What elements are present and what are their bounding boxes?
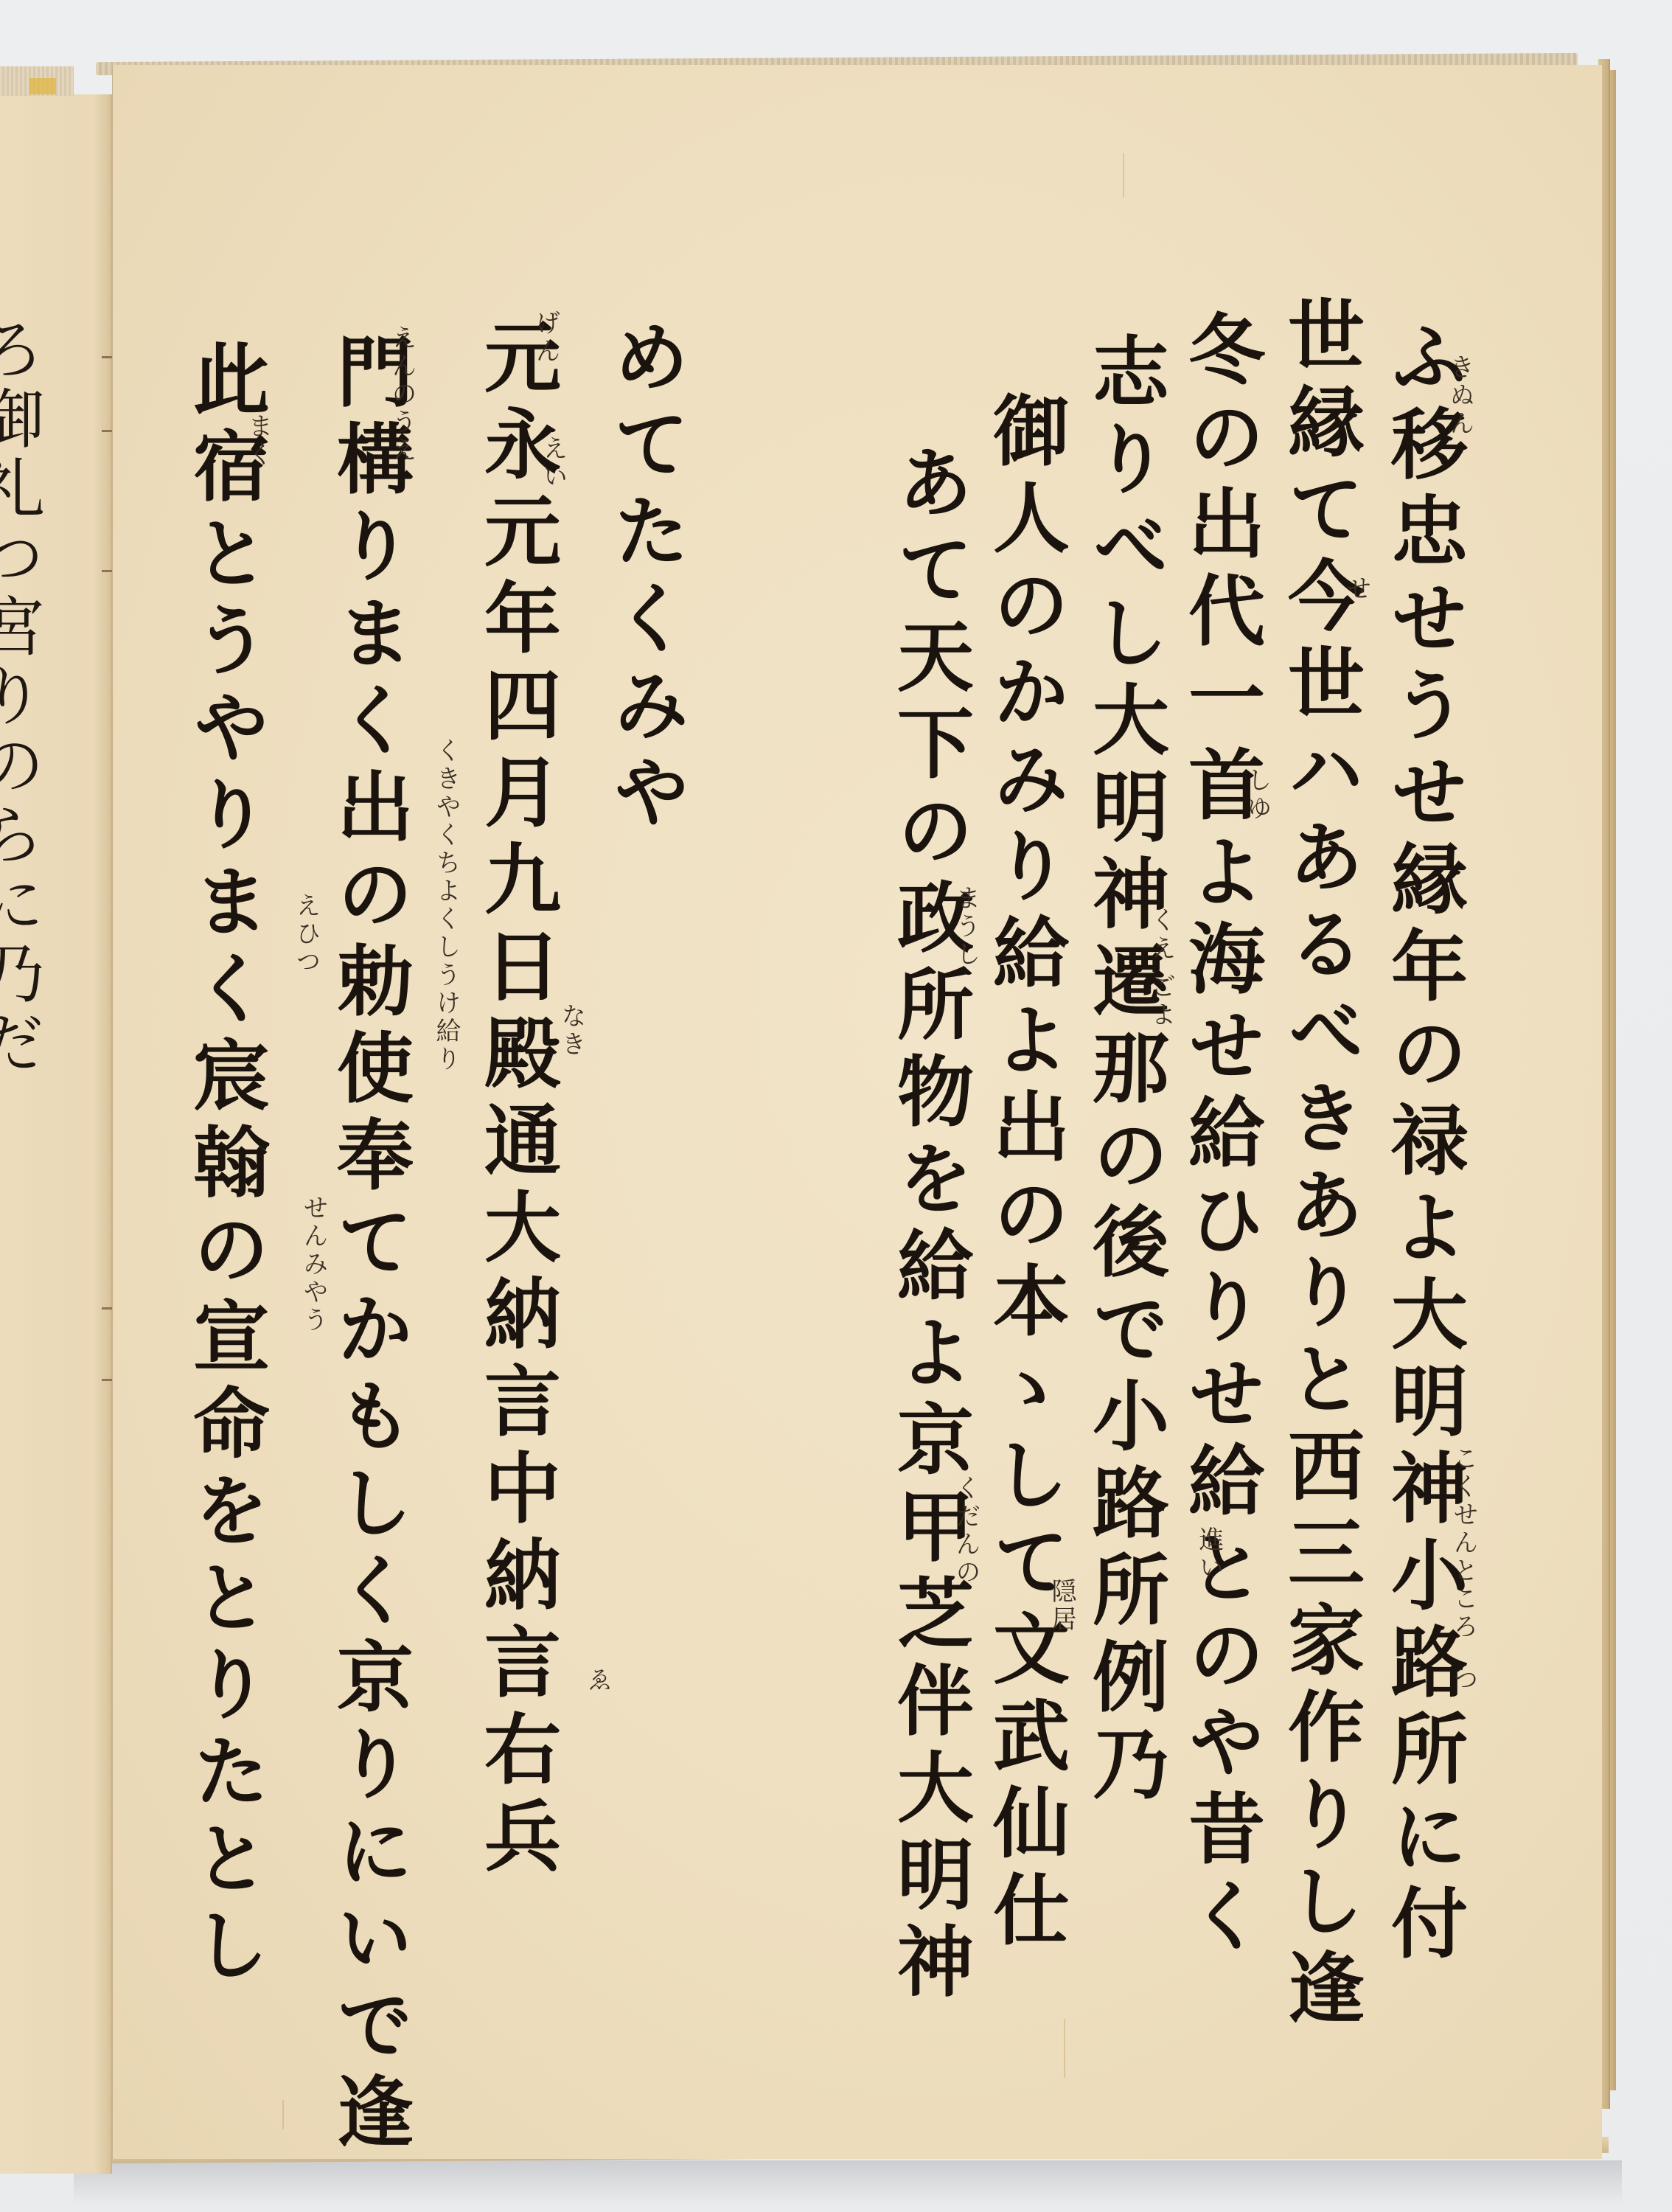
ruby-annotation: まうし (951, 885, 980, 969)
text-column-8: 元永元年四月九日殿通大納言中納言右兵 (472, 317, 560, 1883)
ruby-annotation: えんのうえ (387, 324, 417, 465)
paper-fiber (1064, 2019, 1065, 2078)
text-column-10: 此宿とうやりまく宸翰の宣命をとりたとし (181, 339, 269, 1992)
ruby-annotation: こくせんところ (1449, 1445, 1478, 1641)
ruby-annotation: なき (557, 1003, 586, 1059)
ruby-annotation: まく (243, 413, 273, 469)
ruby-annotation: しゆ (1242, 767, 1272, 823)
left-page: ろ御礼つ宮りのらに乃だ (0, 94, 112, 2174)
text-column-6: あて天下の政所物を給よ京甲芝伴大明神 (885, 442, 973, 2008)
text-column-5: 御人のかみり給よ出の本ゝして文武仙仕 (980, 391, 1069, 1957)
ruby-annotation: えい (538, 435, 568, 491)
ruby-annotation: きぬん (1445, 354, 1474, 438)
ruby-annotation: げん (531, 310, 560, 366)
text-column-7: めてたくみや (601, 317, 689, 839)
book-shadow (74, 2160, 1622, 2205)
ruby-annotation: 進い (1194, 1526, 1224, 1582)
left-page-text: ろ御礼つ宮りのらに乃だ (0, 316, 44, 1078)
text-column-4: 志りべし大明神遷那の後で小路所例乃 (1080, 332, 1168, 1811)
ruby-annotation: せ (1342, 575, 1371, 603)
ruby-annotation: えひつ (291, 892, 321, 976)
ruby-annotation: つ (1449, 1666, 1478, 1694)
ruby-annotation: ごよ (1146, 973, 1176, 1029)
text-column-3: 冬の出代一首よ海せ給ひりせ給とのや昔く (1176, 310, 1264, 1963)
ruby-annotation: 隠居 (1047, 1578, 1076, 1634)
paper-fiber (282, 2100, 284, 2129)
ruby-annotation: くきやくちよくしうけ給り (431, 737, 461, 1074)
ruby-annotation: せんみやう (299, 1194, 328, 1335)
text-column-1: ふ移忠せうせ縁年の禄よ大明神小路所に付 (1379, 317, 1467, 1970)
paper-fiber (1123, 153, 1124, 198)
yellow-binding-mark (29, 78, 56, 94)
ruby-annotation: くえ (1146, 907, 1176, 963)
text-column-2: 世縁て今世ハあるべきありと西三家作りし逢 (1275, 295, 1364, 2035)
text-column-9: 門構りまく出の勅使奉てかもしく京りにいで逢 (324, 332, 413, 2159)
ruby-annotation: ゑ (582, 1666, 612, 1694)
ruby-annotation: くだんの (951, 1475, 980, 1587)
